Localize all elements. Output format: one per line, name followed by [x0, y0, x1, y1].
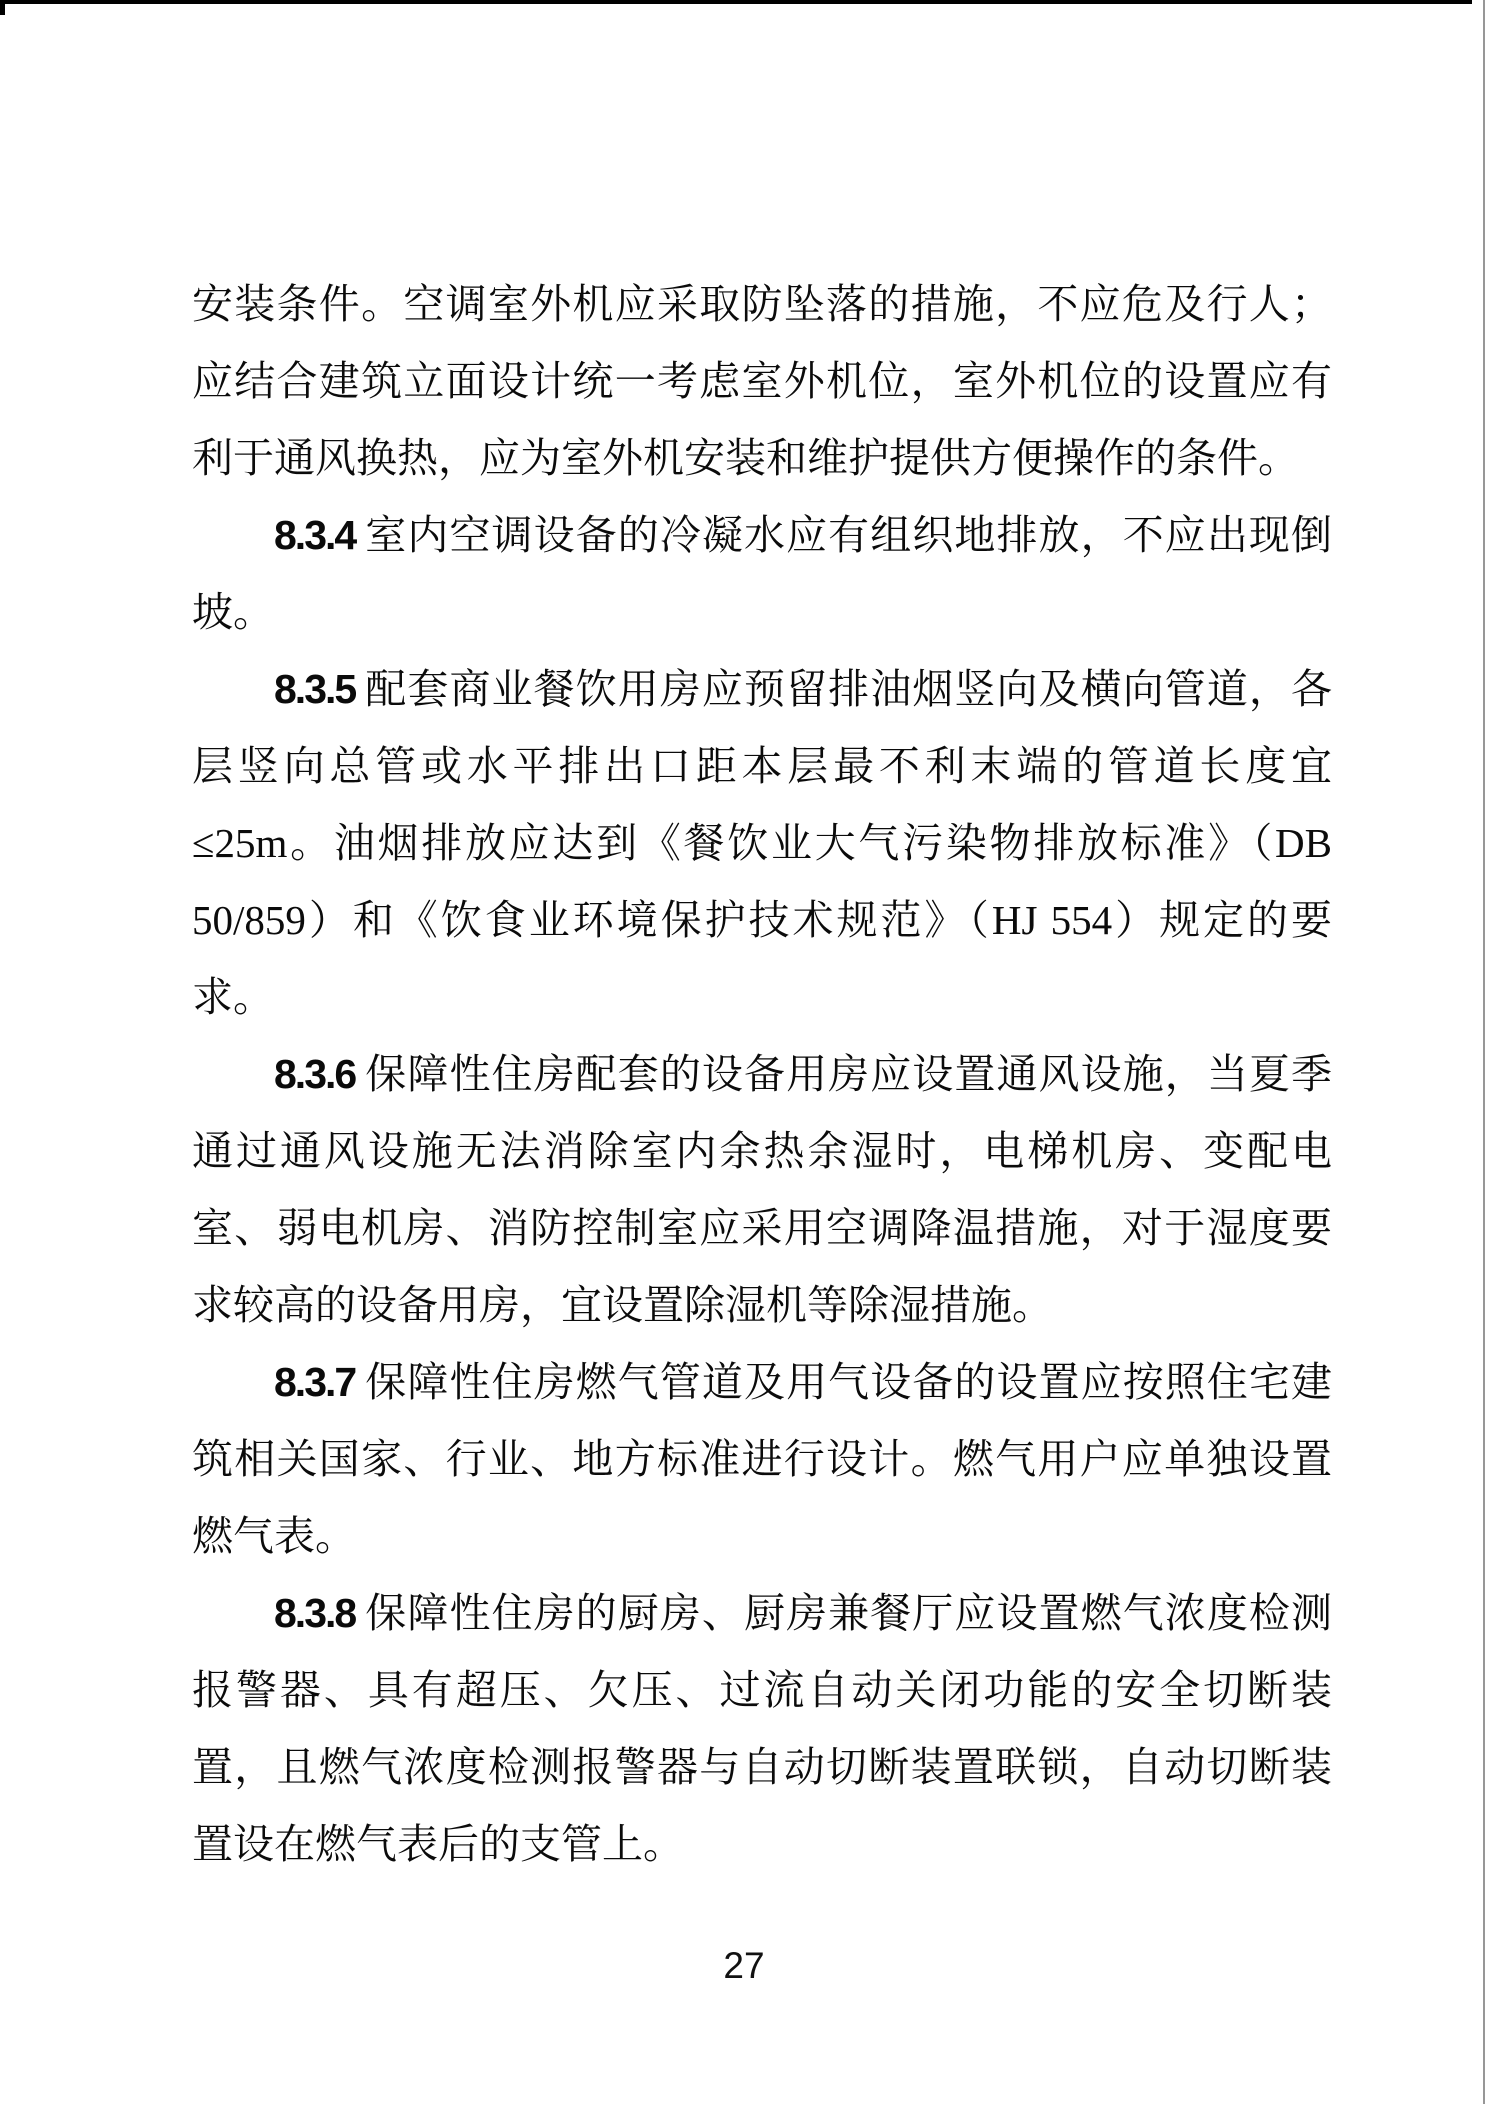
- section-number: 8.3.7: [274, 1359, 355, 1405]
- section-number: 8.3.6: [274, 1051, 355, 1097]
- scan-artifact-right-line: [1483, 0, 1485, 2104]
- paragraph-text: 保障性住房配套的设备用房应设置通风设施，当夏季通过通风设施无法消除室内余热余湿时…: [192, 1051, 1332, 1328]
- section-number: 8.3.8: [274, 1590, 355, 1636]
- paragraph-8-3-4: 8.3.4室内空调设备的冷凝水应有组织地排放，不应出现倒坡。: [192, 497, 1332, 651]
- section-number: 8.3.5: [274, 666, 355, 712]
- paragraph-8-3-6: 8.3.6保障性住房配套的设备用房应设置通风设施，当夏季通过通风设施无法消除室内…: [192, 1036, 1332, 1344]
- body-text-block: 安装条件。空调室外机应采取防坠落的措施，不应危及行人；应结合建筑立面设计统一考虑…: [192, 266, 1332, 1883]
- paragraph-continuation: 安装条件。空调室外机应采取防坠落的措施，不应危及行人；应结合建筑立面设计统一考虑…: [192, 266, 1332, 497]
- scan-artifact-top-bar: [0, 0, 1472, 4]
- paragraph-text: 配套商业餐饮用房应预留排油烟竖向及横向管道，各层竖向总管或水平排出口距本层最不利…: [192, 666, 1332, 1020]
- paragraph-8-3-8: 8.3.8保障性住房的厨房、厨房兼餐厅应设置燃气浓度检测报警器、具有超压、欠压、…: [192, 1575, 1332, 1883]
- paragraph-text: 保障性住房燃气管道及用气设备的设置应按照住宅建筑相关国家、行业、地方标准进行设计…: [192, 1359, 1332, 1559]
- paragraph-8-3-7: 8.3.7保障性住房燃气管道及用气设备的设置应按照住宅建筑相关国家、行业、地方标…: [192, 1344, 1332, 1575]
- section-number: 8.3.4: [274, 512, 355, 558]
- paragraph-8-3-5: 8.3.5配套商业餐饮用房应预留排油烟竖向及横向管道，各层竖向总管或水平排出口距…: [192, 651, 1332, 1036]
- document-page: 安装条件。空调室外机应采取防坠落的措施，不应危及行人；应结合建筑立面设计统一考虑…: [0, 0, 1488, 2104]
- paragraph-text: 安装条件。空调室外机应采取防坠落的措施，不应危及行人；应结合建筑立面设计统一考虑…: [192, 281, 1332, 481]
- scan-artifact-left-nub: [0, 0, 5, 15]
- page-number: 27: [0, 1942, 1488, 1990]
- paragraph-text: 保障性住房的厨房、厨房兼餐厅应设置燃气浓度检测报警器、具有超压、欠压、过流自动关…: [192, 1590, 1332, 1867]
- paragraph-text: 室内空调设备的冷凝水应有组织地排放，不应出现倒坡。: [192, 512, 1332, 635]
